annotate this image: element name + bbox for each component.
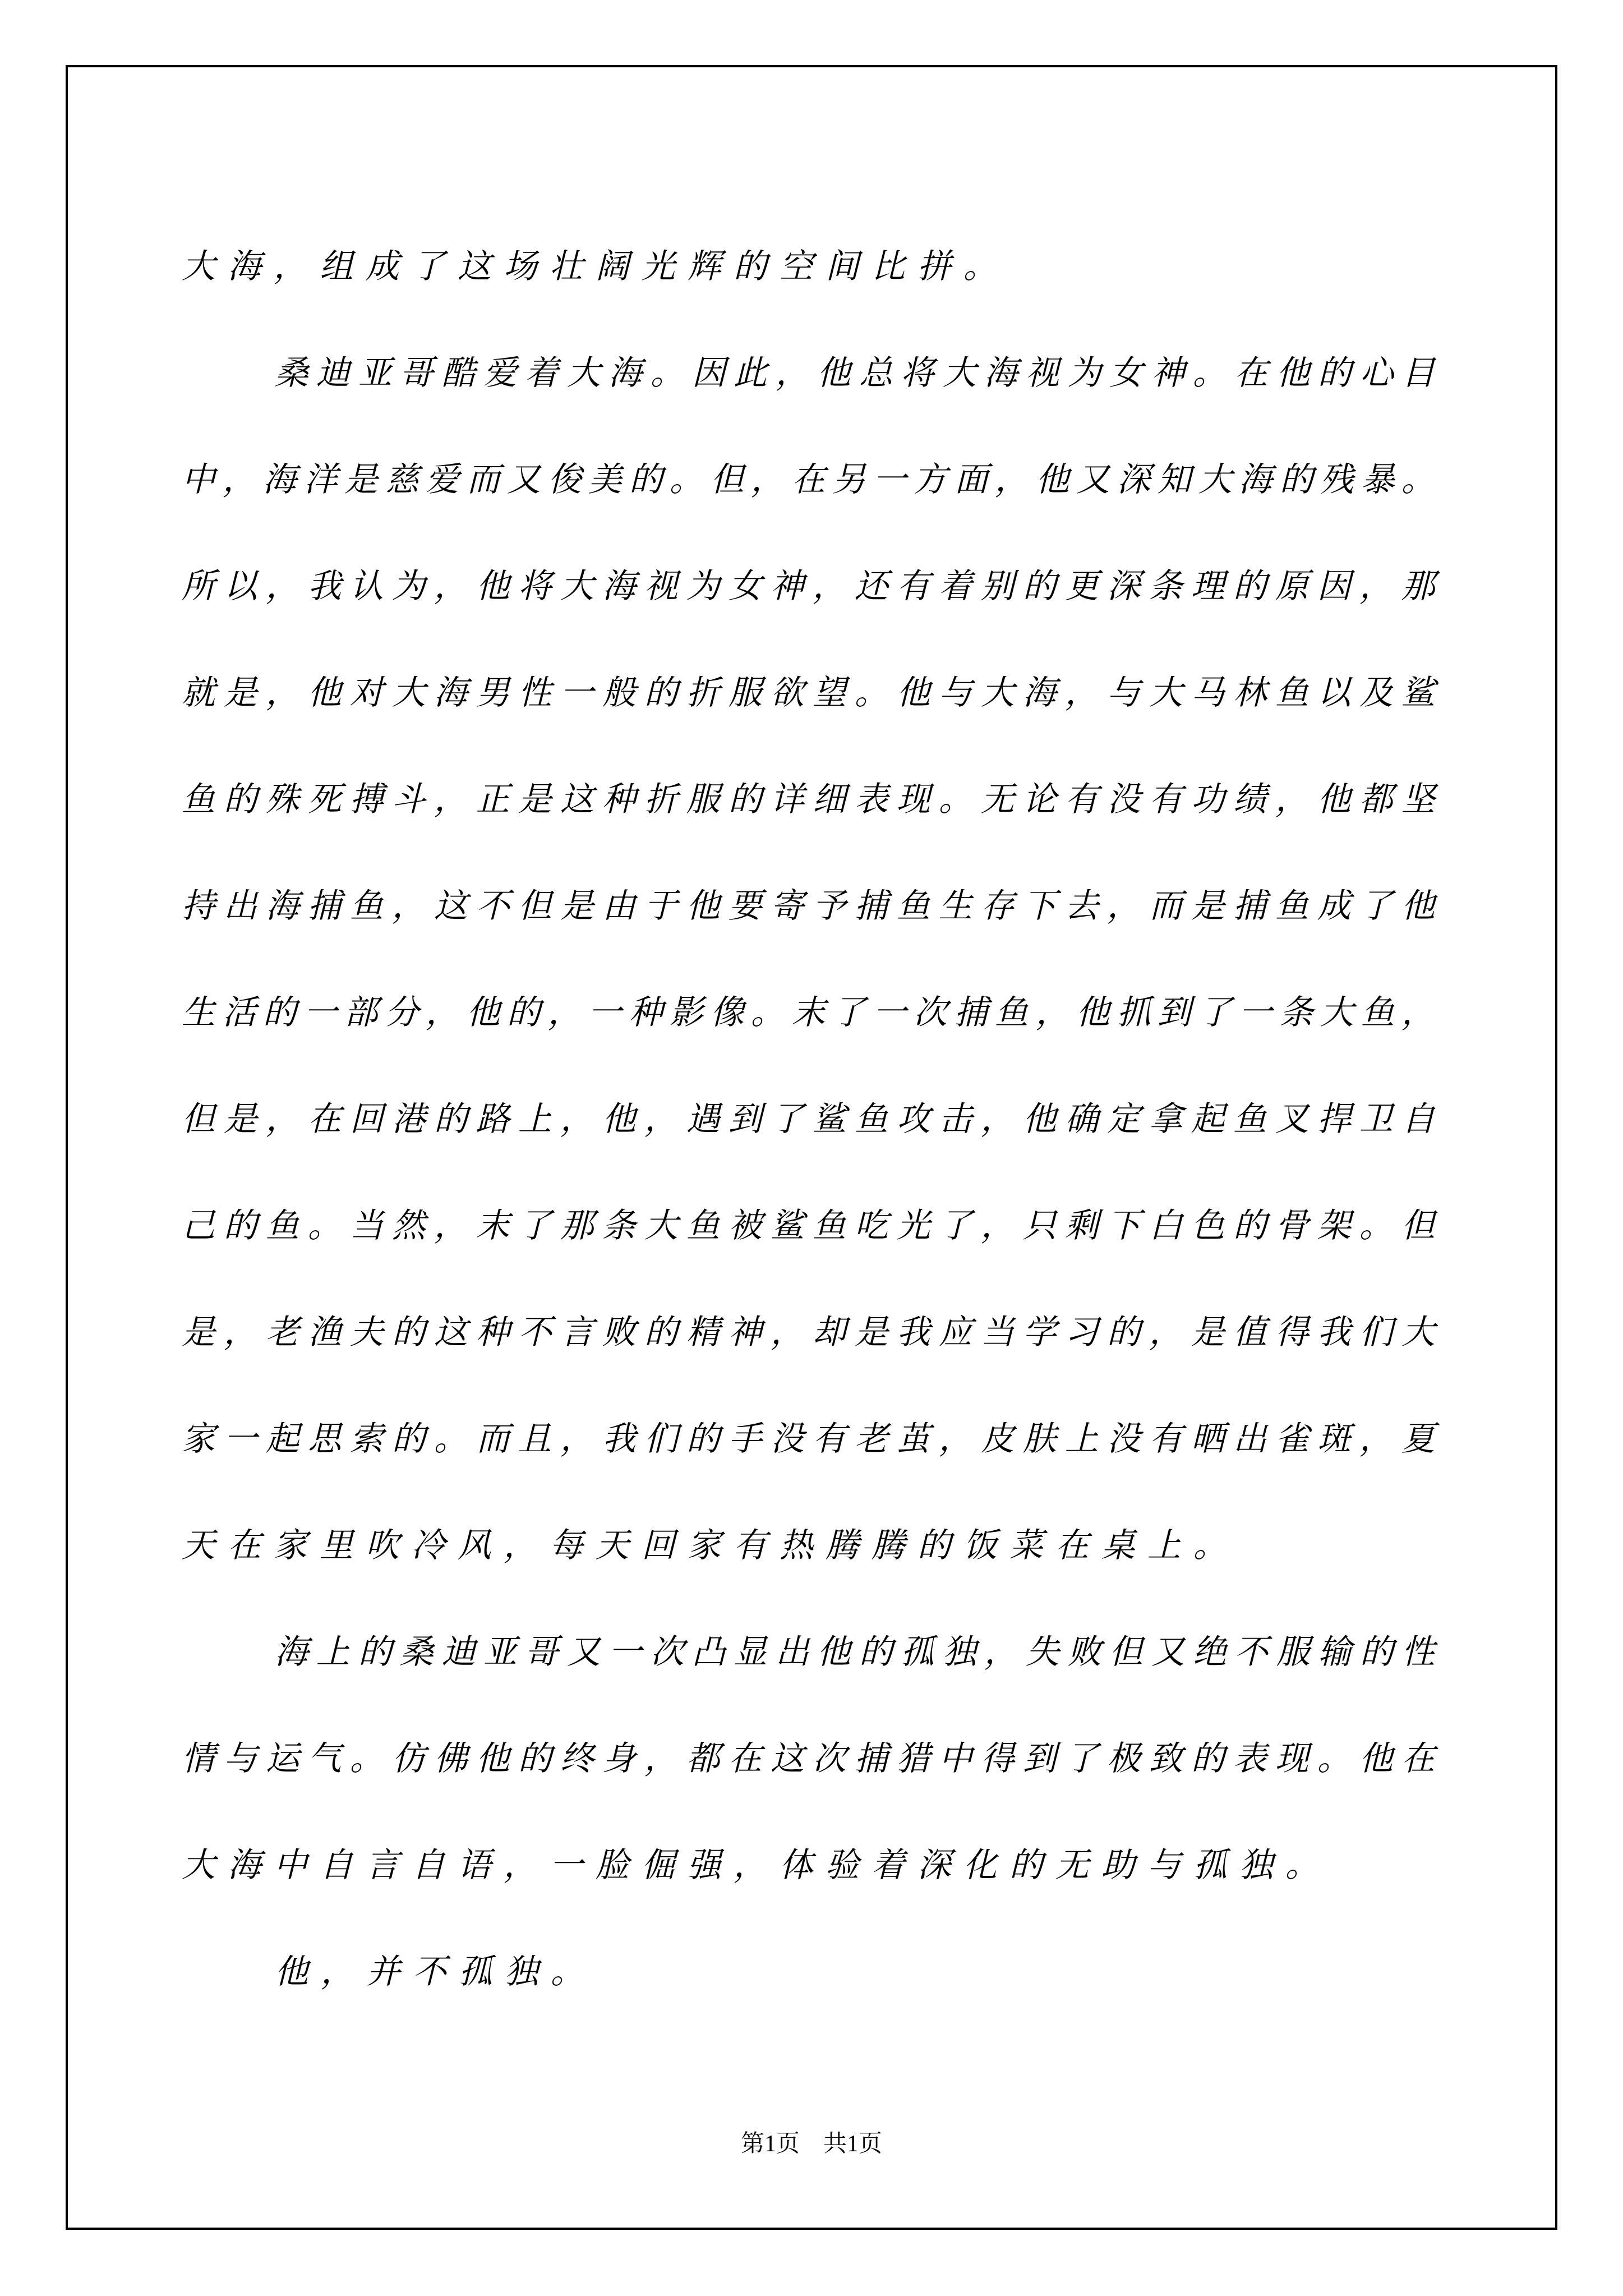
text-line: 海上的桑迪亚哥又一次凸显出他的孤独，失败但又绝不服输的性 [185, 1596, 1438, 1703]
document-text: 大海，组成了这场壮阔光辉的空间比拼。桑迪亚哥酷爱着大海。因此，他总将大海视为女神… [185, 210, 1438, 2022]
text-line: 大海，组成了这场壮阔光辉的空间比拼。 [185, 210, 1438, 317]
text-line: 生活的一部分，他的，一种影像。末了一次捕鱼，他抓到了一条大鱼， [185, 956, 1438, 1063]
text-line: 天在家里吹冷风，每天回家有热腾腾的饭菜在桌上。 [185, 1489, 1438, 1596]
text-line: 就是，他对大海男性一般的折服欲望。他与大海，与大马林鱼以及鲨 [185, 637, 1438, 743]
text-line: 情与运气。仿佛他的终身，都在这次捕猎中得到了极致的表现。他在 [185, 1703, 1438, 1809]
text-line: 家一起思索的。而且，我们的手没有老茧，皮肤上没有晒出雀斑，夏 [185, 1383, 1438, 1489]
text-line: 桑迪亚哥酷爱着大海。因此，他总将大海视为女神。在他的心目 [185, 317, 1438, 424]
text-line: 持出海捕鱼，这不但是由于他要寄予捕鱼生存下去，而是捕鱼成了他 [185, 850, 1438, 956]
page-number: 第1页 [741, 2125, 800, 2159]
text-line: 己的鱼。当然，末了那条大鱼被鲨鱼吃光了，只剩下白色的骨架。但 [185, 1170, 1438, 1276]
page-footer: 第1页 共1页 [0, 2125, 1623, 2159]
text-line: 是，老渔夫的这种不言败的精神，却是我应当学习的，是值得我们大 [185, 1276, 1438, 1383]
text-line: 中，海洋是慈爱而又俊美的。但，在另一方面，他又深知大海的残暴。 [185, 424, 1438, 530]
text-line: 鱼的殊死搏斗，正是这种折服的详细表现。无论有没有功绩，他都坚 [185, 743, 1438, 850]
text-line: 他，并不孤独。 [185, 1916, 1438, 2022]
text-line: 大海中自言自语，一脸倔强，体验着深化的无助与孤独。 [185, 1809, 1438, 1916]
text-line: 所以，我认为，他将大海视为女神，还有着别的更深条理的原因，那 [185, 530, 1438, 637]
page-total: 共1页 [823, 2125, 882, 2159]
text-line: 但是，在回港的路上，他，遇到了鲨鱼攻击，他确定拿起鱼叉捍卫自 [185, 1063, 1438, 1170]
